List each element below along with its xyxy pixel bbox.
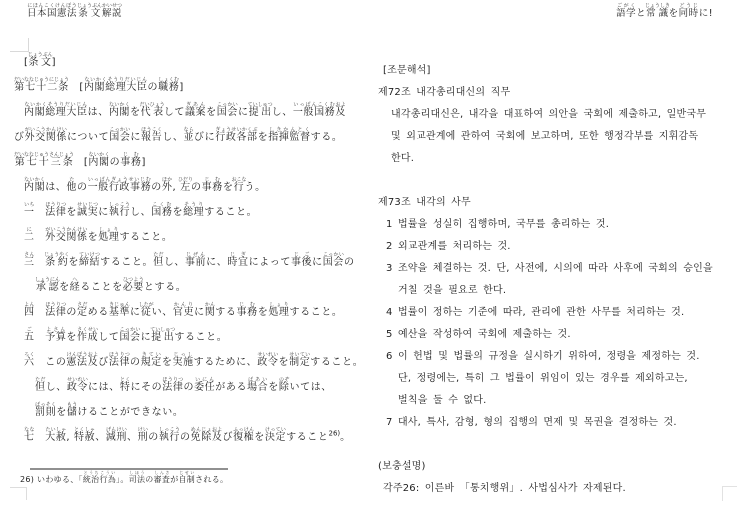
text-line: 一いち 法律ほうりつを誠実せいじつに執行しっこうし、国務こくむを総理そうりするこ… [14, 200, 370, 225]
text-line: 内閣ないかくは、他たの一般行政事務いっぱんぎょうせいじむの外ほか, 左ひだりの事… [14, 175, 370, 200]
text-line: 2 외교관계를 처리하는 것. [378, 236, 736, 258]
margin-corner-mark-bottom-left [10, 487, 27, 500]
text-line: [조문해석] [378, 60, 736, 82]
text-line: 1 법률을 성실히 집행하며, 국무를 총리하는 것. [378, 214, 736, 236]
japanese-article-column: [条文じょうぶん]第七十二条だいななじゅうにじょう [内閣総理大臣ないかくそうり… [14, 50, 370, 450]
text-line: 罰則ばっそくを儲もうけることができない。 [14, 400, 370, 425]
text-line: 및 외교관계에 관하여 국회에 보고하며, 또한 행정각부를 지휘감독 [378, 126, 736, 148]
text-line: 제72조 내각총리대신의 직무 [378, 82, 736, 104]
text-line: 6 이 헌법 및 법률의 규정을 실시하기 위하여, 정령을 제정하는 것. [378, 346, 736, 368]
text-line: 5 예산을 작성하여 국회에 제출하는 것. [378, 324, 736, 346]
text-line: 단, 정령에는, 특히 그 법률이 위임이 있는 경우를 제외하고는, [378, 368, 736, 390]
text-line: [条文じょうぶん] [14, 50, 370, 75]
text-line: 三さん 条約じょうやくを締結ていけつすること。但ただし、事前じぜんに、時宜じぎに… [14, 250, 370, 275]
margin-corner-mark-bottom-right [722, 486, 737, 501]
text-line: 3 조약을 체결하는 것. 단, 사전에, 시의에 따라 사후에 국회의 승인을 [378, 258, 736, 280]
text-line: 거칠 것을 필요로 한다. [378, 280, 736, 302]
text-line: 각주26: 이른바 「통치행위」. 사법심사가 자제된다. [378, 478, 736, 500]
text-line: 벌칙을 둘 수 없다. [378, 390, 736, 412]
text-line: 7 대사, 특사, 감형, 형의 집행의 면제 및 목권을 결정하는 것. [378, 412, 736, 434]
text-line: (보충설명) [378, 456, 736, 478]
document-title: 日本国憲法にほんこくけんぽう条文じょうぶん解説かいせつ [27, 2, 122, 26]
text-line: 五ご 予算よさんを作成さくせいして国会こっかいに提出ていしゅつすること。 [14, 325, 370, 350]
text-line: 七なな 大赦たいしゃ, 特赦とくしゃ、減刑げんけい、刑けいの執行しっこうの免除め… [14, 425, 370, 450]
text-line: 第七十二条だいななじゅうにじょう [内閣総理大臣ないかくそうりだいじんの職務しょ… [14, 75, 370, 100]
document-subtitle: 語学ごがくと常識じょうしきを同時どうじに! [616, 2, 713, 26]
document-page: 日本国憲法にほんこくけんぽう条文じょうぶん解説かいせつ 語学ごがくと常識じょうし… [0, 0, 743, 526]
text-line: び外交関係がいこうかんけいについて国会こっかいに報告ほうこくし、並ならびに行政各… [14, 125, 370, 150]
text-line: 承認しょうにんを経へることを必要ひつようとする。 [14, 275, 370, 300]
korean-translation-column: [조문해석]제72조 내각총리대신의 직무내각총리대신은, 내각을 대표하여 의… [378, 60, 736, 500]
text-line: 四よん 法律ほうりつの定さだめる基準きじゅんに従したがい、官吏かんりに関かんする… [14, 300, 370, 325]
text-line: 六ろく この憲法けんぽう及および法律ほうりつの規定きていを実施じっしするために、… [14, 350, 370, 375]
text-line: 내각총리대신은, 내각을 대표하여 의안을 국회에 제출하고, 일반국무 [378, 104, 736, 126]
text-line: 4 법률이 정하는 기준에 따라, 관리에 관한 사무를 처리하는 것. [378, 302, 736, 324]
text-line: 第七十三条だいななじゅうさんじょう [内閣ないかくの事務じむ] [14, 150, 370, 175]
text-line: 但ただし、政令せいれいには、特とくにその法律ほうりつの委任いにんがある場合ばあい… [14, 375, 370, 400]
text-line: 한다. [378, 148, 736, 170]
text-line: 제73조 내각의 사무 [378, 192, 736, 214]
footnote-text: 26) いわゆる、「統治行為とうちこうい」。司法しほうの審査しんさが自制じせいさ… [20, 470, 228, 490]
text-line: 二に 外交関係がいこうかんけいを処理しょりすること。 [14, 225, 370, 250]
text-line: 内閣総理大臣ないかくそうりだいじんは、内閣ないかくを代表だいひょうして議案ぎあん… [14, 100, 370, 125]
